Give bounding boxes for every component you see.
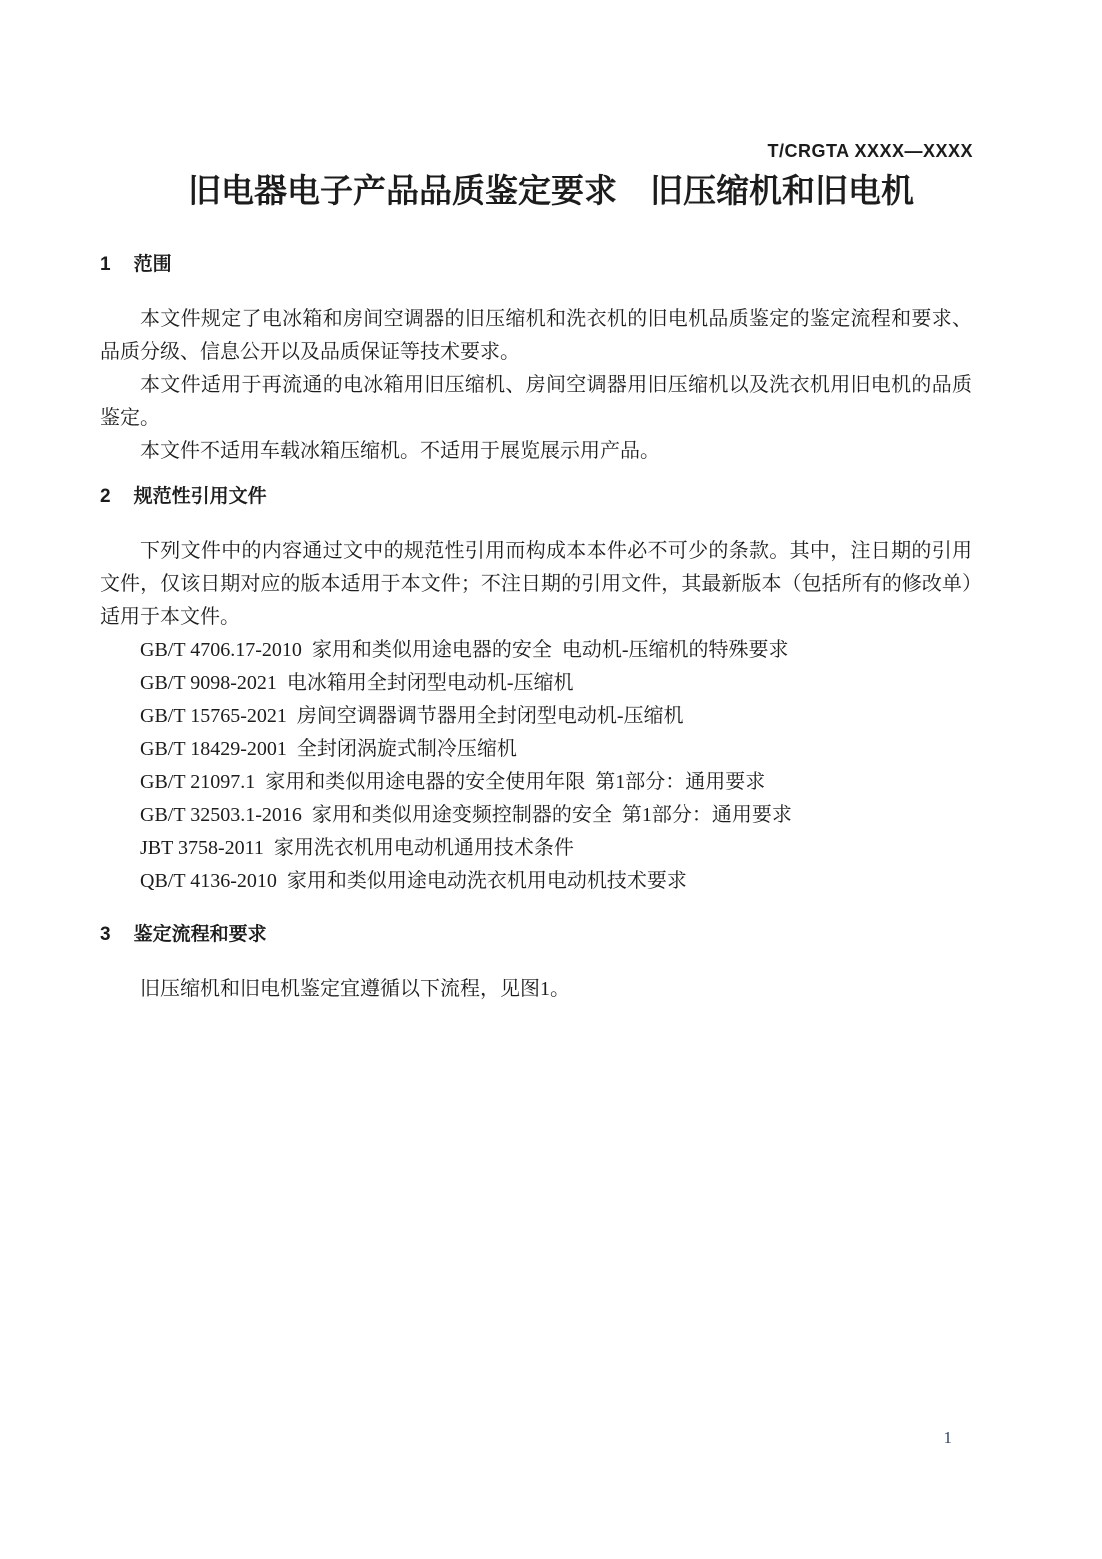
section-2-title: 规范性引用文件 — [134, 485, 267, 509]
standard-code: T/CRGTA XXXX—XXXX — [767, 141, 973, 162]
paragraph-process-intro: 旧压缩机和旧电机鉴定宜遵循以下流程，见图1。 — [100, 973, 972, 1006]
page-number: 1 — [944, 1427, 953, 1449]
section-1-title: 范围 — [134, 253, 172, 277]
section-3-title: 鉴定流程和要求 — [134, 923, 267, 947]
paragraph-scope-2: 本文件适用于再流通的电冰箱用旧压缩机、房间空调器用旧压缩机以及洗衣机用旧电机的品… — [100, 369, 972, 435]
reference-item: QB/T 4136-2010 家用和类似用途电动洗衣机用电动机技术要求 — [100, 865, 972, 898]
paragraph-scope-1: 本文件规定了电冰箱和房间空调器的旧压缩机和洗衣机的旧电机品质鉴定的鉴定流程和要求… — [100, 303, 972, 369]
section-2-number: 2 — [100, 485, 111, 509]
section-1-heading: 1 范围 — [100, 253, 972, 277]
reference-item: JBT 3758-2011 家用洗衣机用电动机通用技术条件 — [100, 832, 972, 865]
paragraph-scope-3: 本文件不适用车载冰箱压缩机。不适用于展览展示用产品。 — [100, 435, 972, 468]
paragraph-references-intro: 下列文件中的内容通过文中的规范性引用而构成本本件必不可少的条款。其中，注日期的引… — [100, 535, 972, 634]
document-title: 旧电器电子产品品质鉴定要求 旧压缩机和旧电机 — [0, 169, 1102, 213]
reference-item: GB/T 21097.1 家用和类似用途电器的安全使用年限 第1部分：通用要求 — [100, 766, 972, 799]
reference-item: GB/T 32503.1-2016 家用和类似用途变频控制器的安全 第1部分：通… — [100, 799, 972, 832]
section-3-number: 3 — [100, 923, 111, 947]
reference-item: GB/T 15765-2021 房间空调器调节器用全封闭型电动机-压缩机 — [100, 700, 972, 733]
section-3-body: 旧压缩机和旧电机鉴定宜遵循以下流程，见图1。 — [100, 973, 972, 1006]
section-3-heading: 3 鉴定流程和要求 — [100, 923, 972, 947]
section-2-heading: 2 规范性引用文件 — [100, 485, 972, 509]
reference-item: GB/T 18429-2001 全封闭涡旋式制冷压缩机 — [100, 733, 972, 766]
section-2-body: 下列文件中的内容通过文中的规范性引用而构成本本件必不可少的条款。其中，注日期的引… — [100, 535, 972, 898]
section-1-body: 本文件规定了电冰箱和房间空调器的旧压缩机和洗衣机的旧电机品质鉴定的鉴定流程和要求… — [100, 303, 972, 468]
document-page: T/CRGTA XXXX—XXXX 旧电器电子产品品质鉴定要求 旧压缩机和旧电机… — [0, 0, 1102, 1559]
reference-item: GB/T 4706.17-2010 家用和类似用途电器的安全 电动机-压缩机的特… — [100, 634, 972, 667]
reference-item: GB/T 9098-2021 电冰箱用全封闭型电动机-压缩机 — [100, 667, 972, 700]
section-1-number: 1 — [100, 253, 111, 277]
